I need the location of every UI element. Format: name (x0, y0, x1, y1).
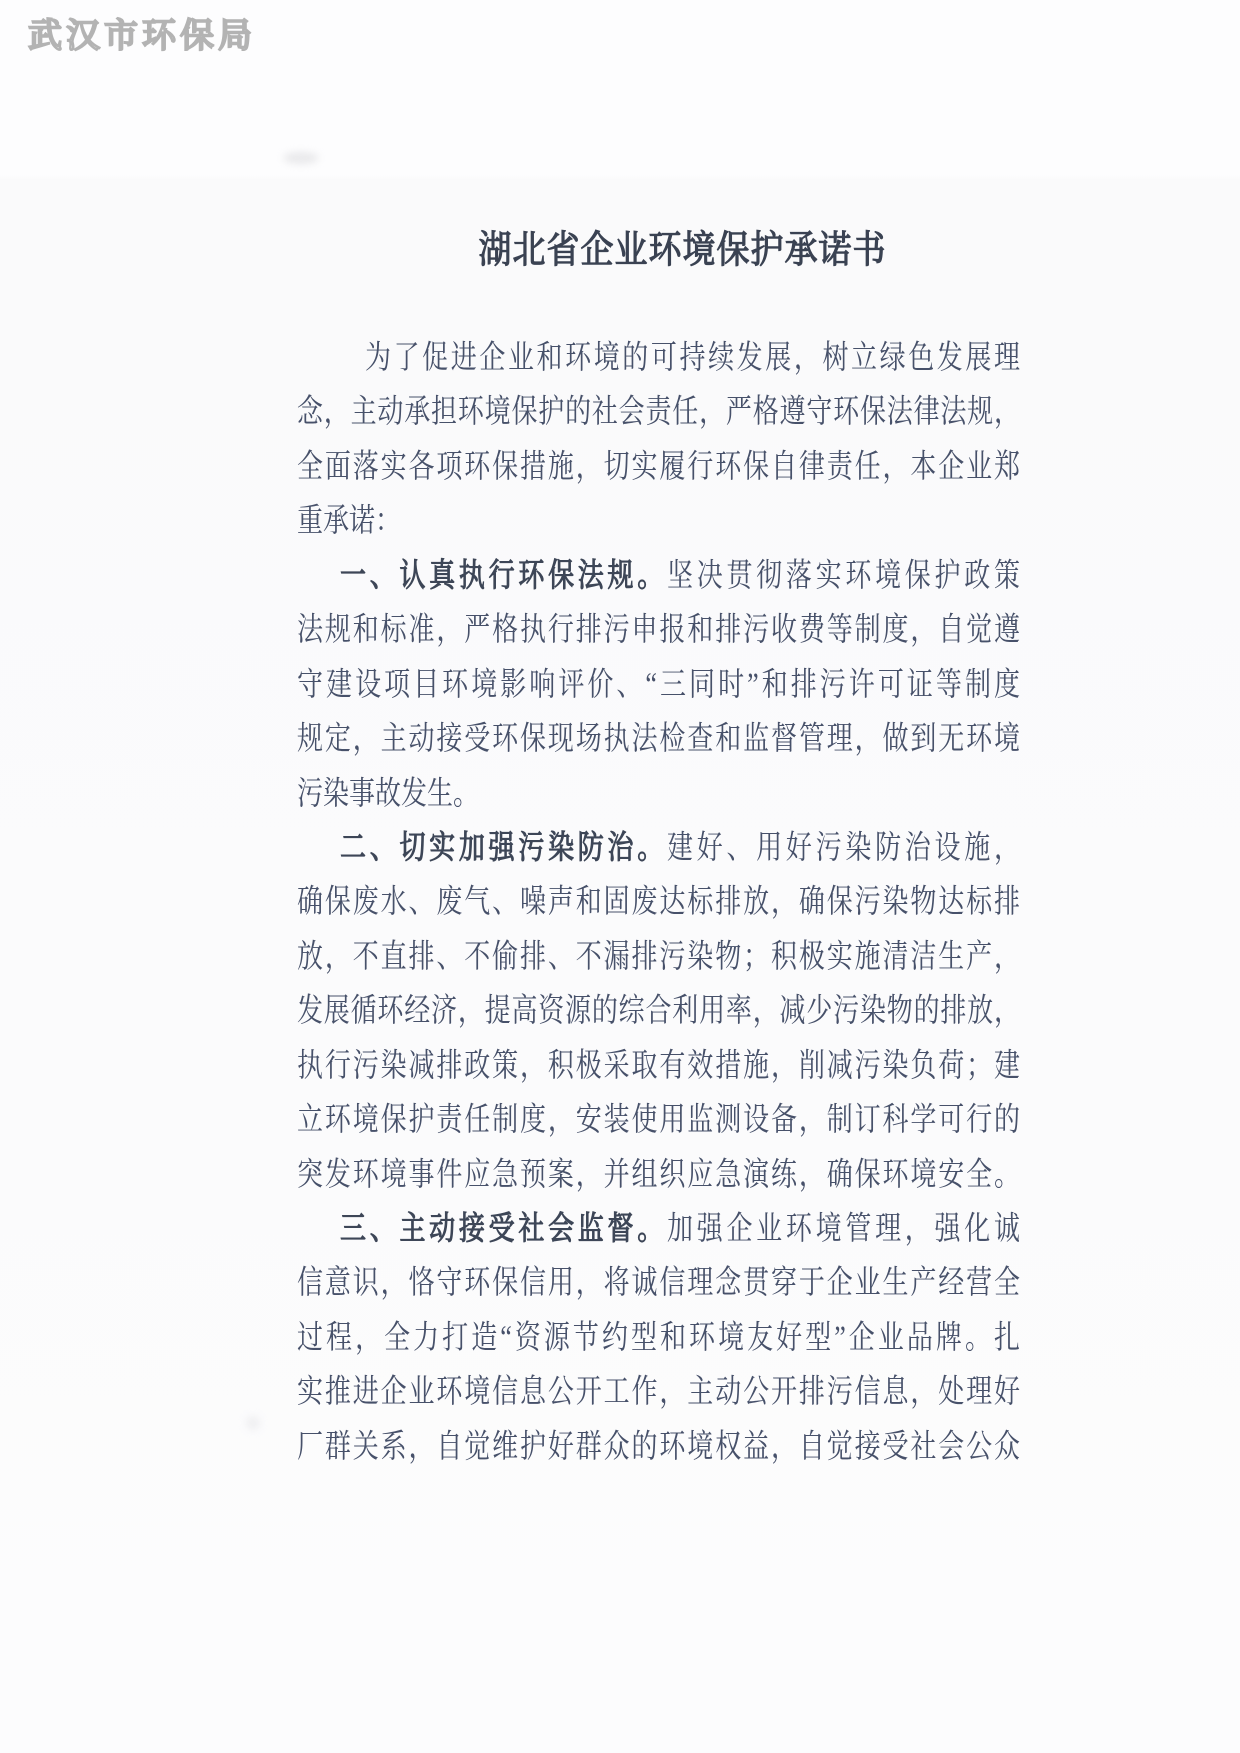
agency-watermark: 武汉市环保局 (28, 8, 256, 57)
line-text: 念，主动承担环境保护的社会责任，严格遵守环保法律法规， (297, 394, 1020, 430)
line-text: 厂群关系，自觉维护好群众的环境权益，自觉接受社会公众 (297, 1428, 1020, 1464)
section-heading: 二、切实加强污染防治。 (340, 829, 667, 865)
scan-artifact (246, 1416, 260, 1430)
line-text: 为了促进企业和环境的可持续发展，树立绿色发展理 (365, 339, 1020, 375)
line-text: 立环境保护责任制度，安装使用监测设备，制订科学可行的 (297, 1101, 1020, 1137)
line-text: 规定，主动接受环保现场执法检查和监督管理，做到无环境 (297, 720, 1020, 756)
line-text: 实推进企业环境信息公开工作，主动公开排污信息，处理好 (297, 1374, 1020, 1410)
scanned-document-page: 武汉市环保局 湖北省企业环境保护承诺书 为了促进企业和环境的可持续发展，树立绿色… (0, 0, 1240, 1753)
line-text: 全面落实各项环保措施，切实履行环保自律责任，本企业郑 (297, 448, 1020, 484)
document-body: 为了促进企业和环境的可持续发展，树立绿色发展理念，主动承担环境保护的社会责任，严… (297, 331, 1020, 1474)
text-line: 厂群关系，自觉维护好群众的环境权益，自觉接受社会公众 (297, 1413, 1020, 1481)
line-text: 放，不直排、不偷排、不漏排污染物；积极实施清洁生产， (297, 938, 1020, 974)
line-text: 发展循环经济，提高资源的综合利用率，减少污染物的排放， (297, 992, 1020, 1028)
line-text: 突发环境事件应急预案，并组织应急演练，确保环境安全。 (297, 1156, 1020, 1192)
line-text: 污染事故发生。 (297, 775, 479, 811)
line-text: 过程，全力打造“资源节约型和环境友好型”企业品牌。扎 (297, 1319, 1020, 1355)
line-text: 重承诺： (297, 503, 401, 539)
line-text: 信意识，恪守环保信用，将诚信理念贯穿于企业生产经营全 (297, 1265, 1020, 1301)
line-text: 建好、用好污染防治设施， (667, 829, 1020, 865)
line-text: 加强企业环境管理，强化诚 (667, 1210, 1020, 1246)
section-heading: 三、主动接受社会监督。 (340, 1210, 667, 1246)
section-heading: 一、认真执行环保法规。 (340, 557, 667, 593)
line-text: 坚决贯彻落实环境保护政策 (667, 557, 1020, 593)
line-text: 法规和标准，严格执行排污申报和排污收费等制度，自觉遵 (297, 611, 1020, 647)
line-text: 执行污染减排政策，积极采取有效措施，削减污染负荷；建 (297, 1047, 1020, 1083)
line-text: 守建设项目环境影响评价、“三同时”和排污许可证等制度 (297, 666, 1020, 702)
scan-artifact (283, 152, 319, 164)
document-title: 湖北省企业环境保护承诺书 (297, 220, 1044, 282)
line-text: 确保废水、废气、噪声和固废达标排放，确保污染物达标排 (297, 884, 1020, 920)
